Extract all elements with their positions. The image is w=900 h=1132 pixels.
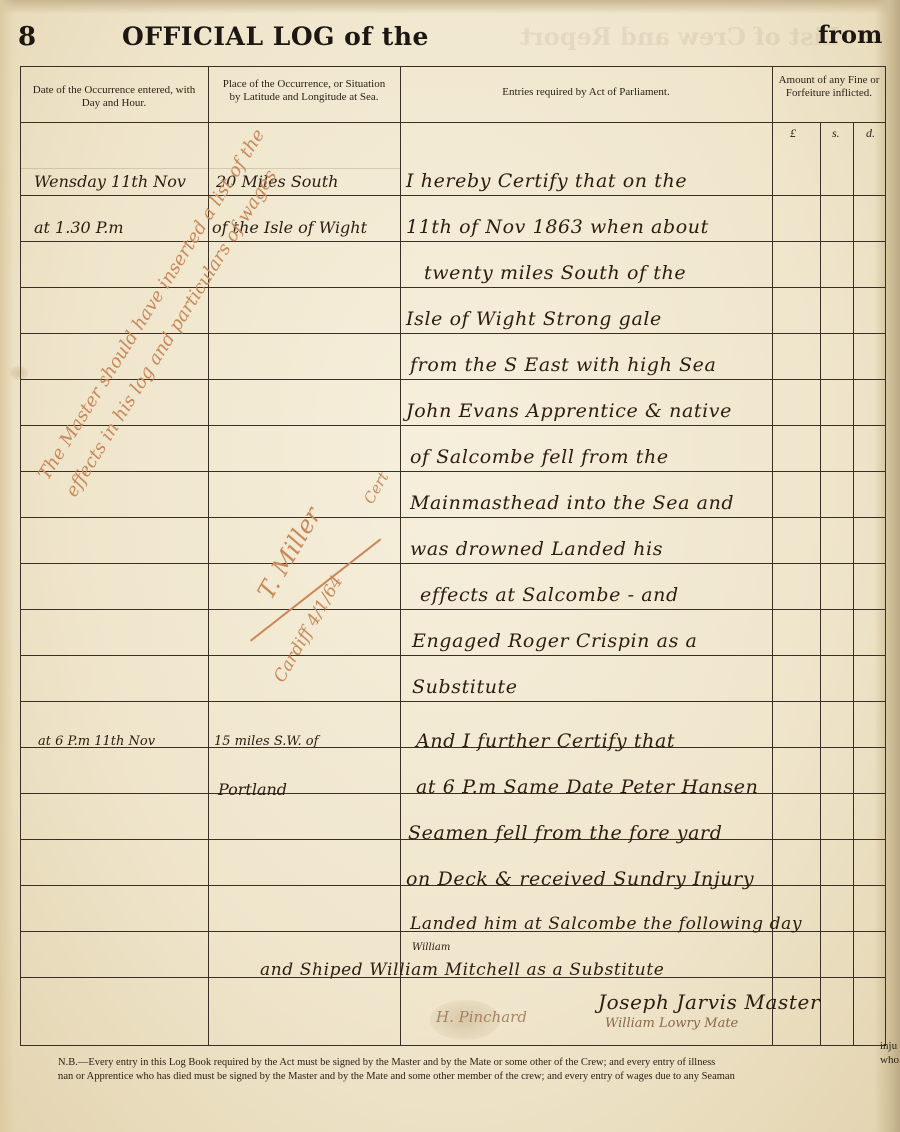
table-border-top	[20, 66, 886, 67]
column-header-entries: Entries required by Act of Parliament.	[408, 86, 764, 99]
entry-line: at 6 P.m Same Date Peter Hansen	[416, 776, 758, 798]
edge-word: who	[880, 1054, 899, 1066]
ink-stain	[430, 1000, 500, 1040]
row-rule	[20, 609, 886, 610]
row-rule	[20, 563, 886, 564]
column-header-place: Place of the Occurrence, or Situation by…	[216, 78, 392, 104]
entry-line: and Shiped William Mitchell as a Substit…	[260, 960, 664, 980]
entry-line: from the S East with high Sea	[410, 354, 716, 376]
header-rule	[20, 122, 886, 123]
entry-line: Engaged Roger Crispin as a	[412, 630, 698, 652]
row-rule	[20, 241, 886, 242]
signature-mate: William Lowry Mate	[605, 1016, 738, 1031]
entry-line: of Salcombe fell from the	[410, 446, 669, 468]
row-rule	[20, 701, 886, 702]
inserted-word: William	[412, 942, 450, 953]
edge-word: inju	[880, 1040, 897, 1052]
footnote-line-2: Seaman or Apprentice who has died must b…	[58, 1070, 888, 1084]
entry-line: John Evans Apprentice & native	[406, 400, 732, 422]
entry-line: twenty miles South of the	[424, 262, 686, 284]
entry-line: I hereby Certify that on the	[406, 170, 687, 192]
table-border-right	[885, 66, 886, 1046]
column-divider	[853, 122, 854, 1046]
page-number: 8	[18, 22, 36, 52]
entry-line: 11th of Nov 1863 when about	[406, 216, 709, 238]
entry-line: Mainmasthead into the Sea and	[410, 492, 734, 514]
entry-line: on Deck & received Sundry Injury	[406, 868, 754, 890]
entry-line: Landed him at Salcombe the following day	[410, 914, 802, 934]
column-header-pounds: £	[790, 126, 796, 141]
footnote: N.B.—Every entry in this Log Book requir…	[58, 1056, 888, 1084]
entry-line: was drowned Landed his	[410, 538, 663, 560]
faint-rule	[20, 168, 400, 169]
entry-place-2-line2: Portland	[218, 780, 287, 799]
entry-line: Substitute	[412, 676, 518, 698]
column-header-shillings: s.	[832, 126, 840, 141]
entry-date-2: at 6 P.m 11th Nov	[38, 734, 155, 749]
row-rule	[20, 655, 886, 656]
row-rule	[20, 471, 886, 472]
entry-date-1: Wensday 11th Nov	[34, 172, 186, 191]
column-divider	[772, 66, 773, 1046]
entry-time-1: at 1.30 P.m	[34, 218, 124, 237]
row-rule	[20, 425, 886, 426]
ink-stain	[10, 366, 28, 380]
column-header-fine: Amount of any Fine or Forfeiture inflict…	[776, 74, 882, 100]
column-divider	[820, 122, 821, 1046]
signature-master: Joseph Jarvis Master	[598, 990, 820, 1014]
page-edge-shadow	[0, 0, 900, 14]
column-header-date: Date of the Occurrence entered, with Day…	[26, 84, 202, 110]
table-border-left	[20, 66, 21, 1046]
table-border-bottom	[20, 1045, 886, 1046]
column-header-pence: d.	[866, 126, 875, 141]
entry-place-2-line1: 15 miles S.W. of	[214, 734, 318, 749]
footnote-line-1: N.B.—Every entry in this Log Book requir…	[58, 1056, 888, 1070]
row-rule	[20, 195, 886, 196]
page-edge-shadow	[0, 0, 14, 1132]
entry-line: effects at Salcombe - and	[420, 584, 679, 606]
entry-line: Seamen fell from the fore yard	[408, 822, 723, 844]
page-title: OFFICIAL LOG of the	[122, 22, 429, 51]
entry-line: And I further Certify that	[416, 730, 675, 752]
page-title-from: from	[818, 20, 882, 49]
row-rule	[20, 517, 886, 518]
entry-line: Isle of Wight Strong gale	[406, 308, 662, 330]
bleed-through-text: List of Crew and Report	[520, 22, 840, 51]
column-divider	[400, 66, 401, 1046]
